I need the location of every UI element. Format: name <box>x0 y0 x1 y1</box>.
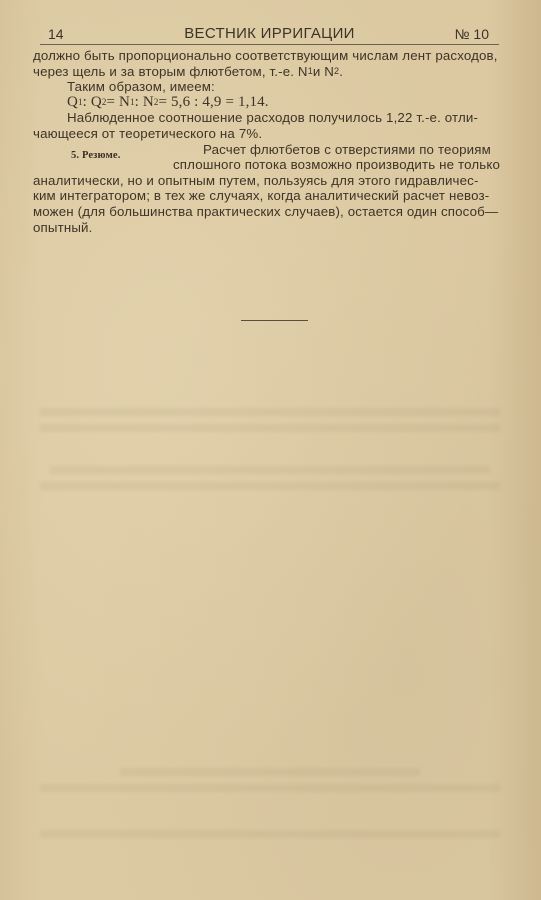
body-text: должно быть пропорционально соответствую… <box>33 48 503 235</box>
ratio-formula: Q1 : Q2 = N1 : N2 = 5,6 : 4,9 = 1,14. <box>33 95 503 111</box>
issue-number: № 10 <box>455 26 489 42</box>
text-line: опытный. <box>33 220 503 236</box>
bleed-through-text <box>40 482 500 490</box>
bleed-through-text <box>120 768 420 776</box>
document-page: 14 ВЕСТНИК ИРРИГАЦИИ № 10 должно быть пр… <box>0 0 541 900</box>
text-line: должно быть пропорционально соответствую… <box>33 48 503 64</box>
bleed-through-text <box>40 424 500 432</box>
text-line: можен (для большинства практических случ… <box>33 204 503 220</box>
text-line: через щель и за вторым флютбетом, т.-е. … <box>33 64 503 80</box>
section-heading: 5. Резюме. <box>71 148 120 164</box>
journal-title: ВЕСТНИК ИРРИГАЦИИ <box>40 25 499 42</box>
bleed-through-text <box>40 830 500 838</box>
end-of-article-rule <box>241 320 308 321</box>
running-header: 14 ВЕСТНИК ИРРИГАЦИИ № 10 <box>40 22 499 45</box>
text-line: ким интегратором; в тех же случаях, когд… <box>33 188 503 204</box>
text-line: Наблюденное соотношение расходов получил… <box>33 110 503 126</box>
bleed-through-text <box>50 466 490 474</box>
text-line: Таким образом, имеем: <box>33 79 503 95</box>
text-line: аналитически, но и опытным путем, пользу… <box>33 173 503 189</box>
summary-section: 5. Резюме. Расчет флютбетов с отверстиям… <box>33 142 503 236</box>
bleed-through-text <box>40 408 500 416</box>
text-line: чающееся от теоретического на 7%. <box>33 126 503 142</box>
bleed-through-text <box>40 784 500 792</box>
